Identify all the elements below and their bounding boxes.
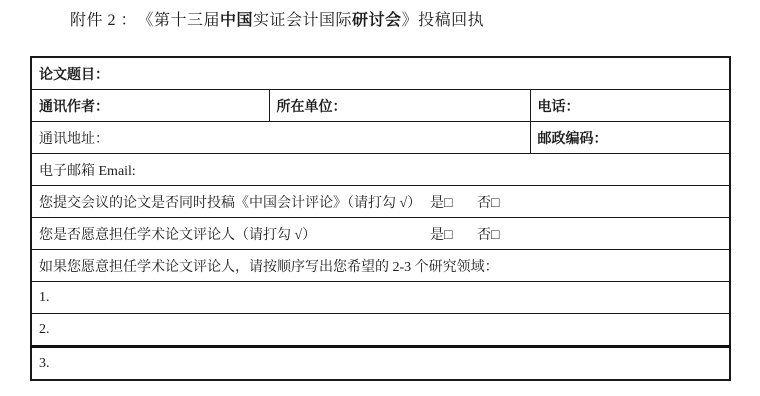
reviewer-no-checkbox[interactable]: 否□ (477, 224, 499, 244)
phone-cell[interactable]: 电话： (530, 90, 730, 122)
row-question-reviewer: 您是否愿意担任学术论文评论人（请打勾 √） 是□ 否□ (31, 218, 730, 250)
submission-reply-form-table: 论文题目： 通讯作者： 所在单位： 电话： 通讯地址： 邮政编码： 电子邮箱 E… (30, 56, 731, 381)
postal-code-cell[interactable]: 邮政编码： (530, 122, 730, 154)
row-research-area-2: 2. (31, 314, 730, 347)
row-email: 电子邮箱 Email: (31, 154, 730, 186)
reviewer-question-cell: 您是否愿意担任学术论文评论人（请打勾 √） 是□ 否□ (31, 218, 730, 250)
row-research-area-3: 3. (31, 347, 730, 381)
postal-code-label: 邮政编码： (538, 132, 608, 147)
ccr-question-cell: 您提交会议的论文是否同时投稿《中国会计评论》（请打勾 √） 是□ 否□ (31, 186, 730, 218)
mailing-address-label: 通讯地址： (39, 132, 109, 147)
email-label: 电子邮箱 Email: (39, 164, 136, 179)
row-author-affiliation-phone: 通讯作者： 所在单位： 电话： (31, 90, 730, 122)
research-area-1-number: 1. (39, 290, 50, 305)
row-research-areas-prompt: 如果您愿意担任学术论文评论人，请按顺序写出您希望的 2-3 个研究领域： (31, 250, 730, 282)
title-bold-symposium: 研讨会 (352, 12, 402, 29)
title-part1: 附件 2 ： 《第十三届 (70, 12, 220, 29)
research-areas-prompt-cell: 如果您愿意担任学术论文评论人，请按顺序写出您希望的 2-3 个研究领域： (31, 250, 730, 282)
mailing-address-cell[interactable]: 通讯地址： (31, 122, 530, 154)
research-area-2-number: 2. (39, 322, 50, 337)
paper-title-cell[interactable]: 论文题目： (31, 57, 730, 90)
attachment-title: 附件 2 ： 《第十三届中国实证会计国际研讨会》投稿回执 (70, 7, 484, 30)
affiliation-label: 所在单位： (277, 100, 347, 115)
title-part2: 实证会计国际 (253, 12, 352, 29)
corresponding-author-cell[interactable]: 通讯作者： (31, 90, 269, 122)
row-research-area-1: 1. (31, 282, 730, 314)
row-paper-title: 论文题目： (31, 57, 730, 90)
row-address-postal: 通讯地址： 邮政编码： (31, 122, 730, 154)
research-area-3-cell[interactable]: 3. (31, 347, 730, 381)
research-areas-prompt-text: 如果您愿意担任学术论文评论人，请按顺序写出您希望的 2-3 个研究领域： (39, 260, 499, 275)
title-part3: 》投稿回执 (402, 12, 485, 29)
research-area-3-number: 3. (39, 356, 50, 371)
ccr-question-text: 您提交会议的论文是否同时投稿《中国会计评论》（请打勾 √） (39, 196, 421, 211)
phone-label: 电话： (538, 100, 580, 115)
row-question-ccr-submission: 您提交会议的论文是否同时投稿《中国会计评论》（请打勾 √） 是□ 否□ (31, 186, 730, 218)
reviewer-question-text: 您是否愿意担任学术论文评论人（请打勾 √） (39, 228, 316, 243)
research-area-2-cell[interactable]: 2. (31, 314, 730, 347)
reviewer-yes-checkbox[interactable]: 是□ (430, 224, 452, 244)
corresponding-author-label: 通讯作者： (39, 100, 109, 115)
ccr-yes-checkbox[interactable]: 是□ (430, 192, 452, 212)
paper-title-label: 论文题目： (39, 68, 109, 83)
ccr-no-checkbox[interactable]: 否□ (477, 192, 499, 212)
research-area-1-cell[interactable]: 1. (31, 282, 730, 314)
title-bold-china: 中国 (220, 12, 253, 29)
email-cell[interactable]: 电子邮箱 Email: (31, 154, 730, 186)
affiliation-cell[interactable]: 所在单位： (269, 90, 530, 122)
